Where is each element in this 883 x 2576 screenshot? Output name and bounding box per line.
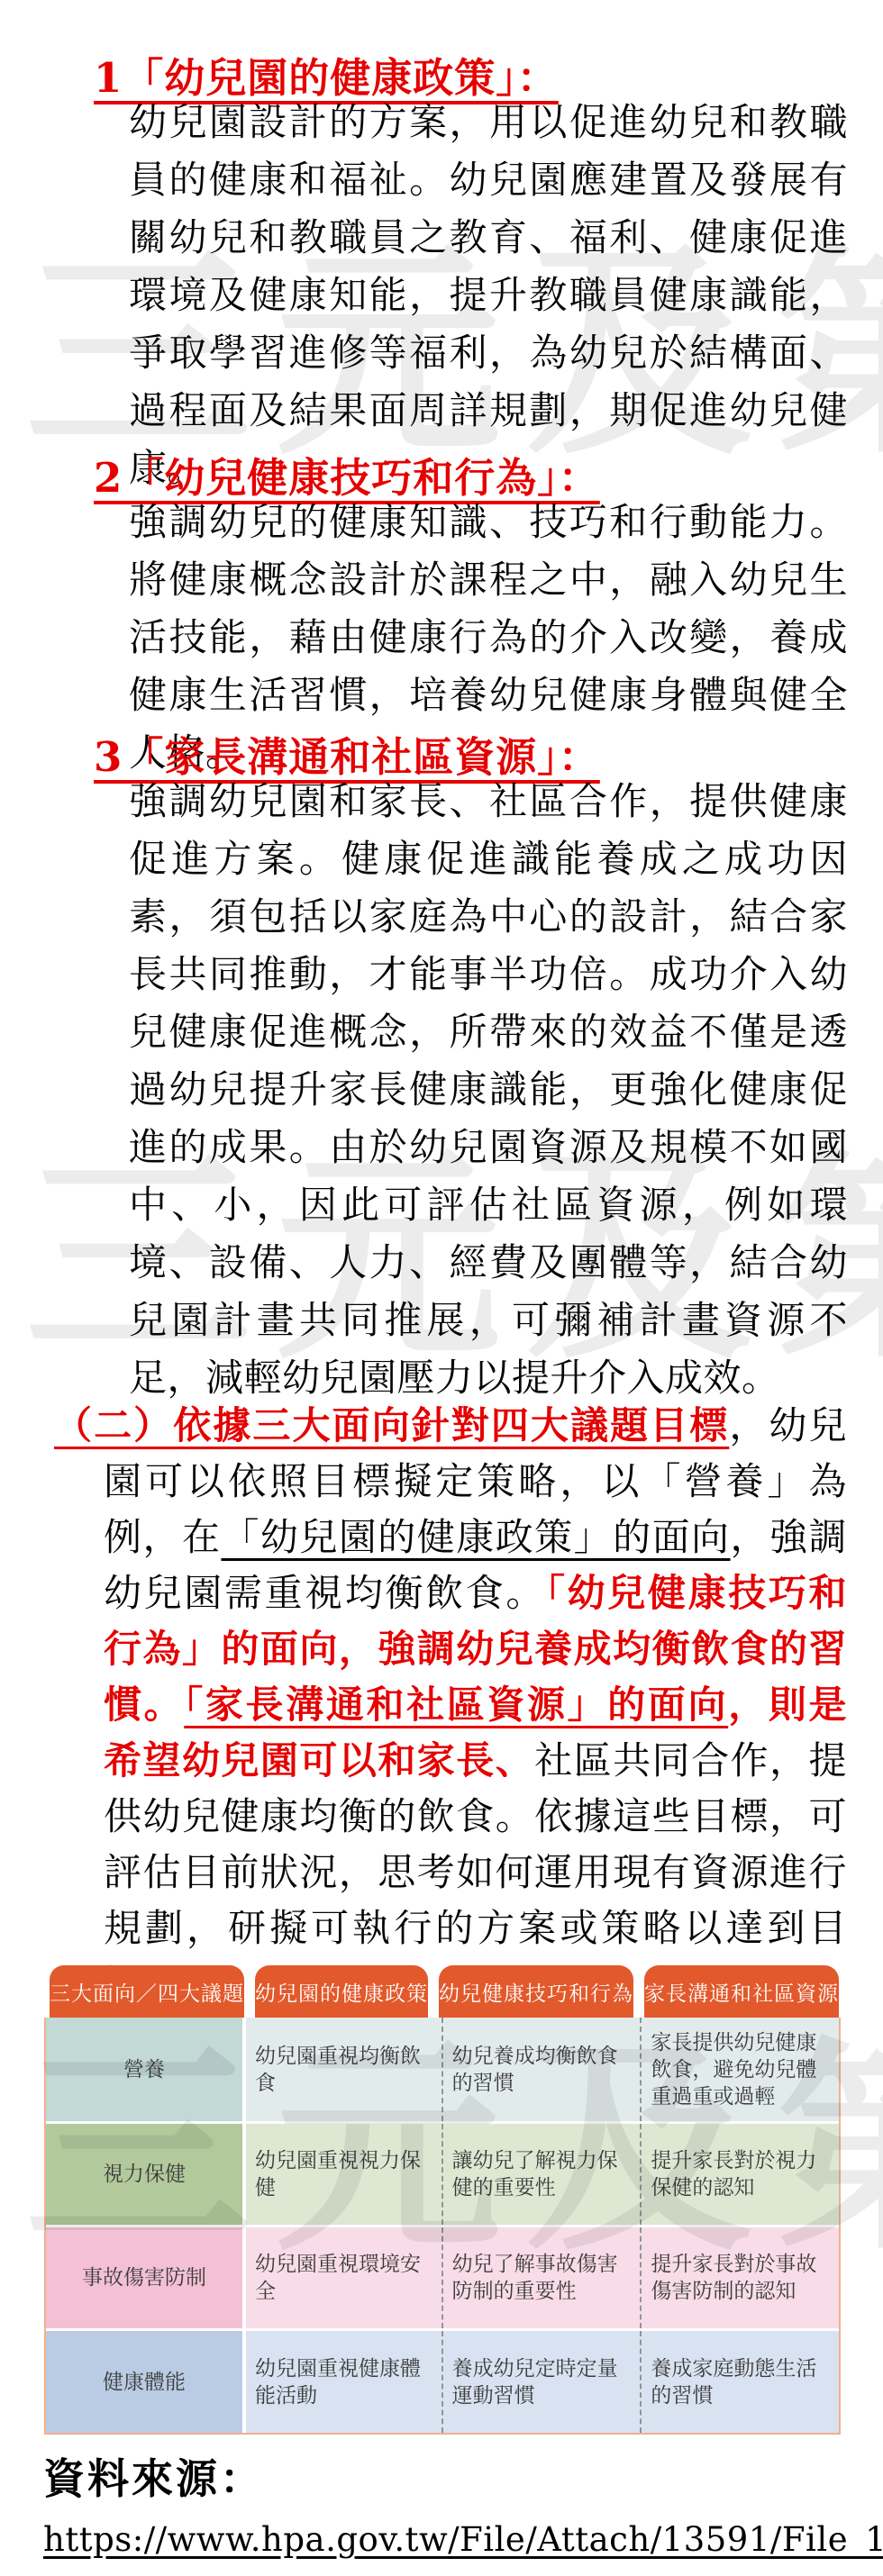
topics-table: 三大面向／四大議題 幼兒園的健康政策 幼兒健康技巧和行為 家長溝通和社區資源 營… [44, 1965, 841, 2435]
table-cell: 養成家庭動態生活的習慣 [640, 2331, 839, 2433]
mixed-paragraph: （二）依據三大面向針對四大議題目標，幼兒園可以依照目標擬定策略，以「營養」為例，… [54, 1398, 847, 2012]
table-header-row: 三大面向／四大議題 幼兒園的健康政策 幼兒健康技巧和行為 家長溝通和社區資源 [44, 1965, 841, 2018]
table-header-cell: 三大面向／四大議題 [50, 1965, 244, 2018]
table-cell: 幼兒養成均衡飲食的習慣 [441, 2018, 641, 2121]
paragraph-segment: 「家長溝通和社區資源」的面向 [184, 1683, 728, 1727]
table-body: 營養 幼兒園重視均衡飲食 幼兒養成均衡飲食的習慣 家長提供幼兒健康飲食，避免幼兒… [44, 2018, 841, 2435]
source-label: 資料來源： [43, 2446, 264, 2506]
table-cell: 提升家長對於事故傷害防制的認知 [640, 2227, 839, 2328]
paragraph-segment: 「幼兒園的健康政策」的面向 [221, 1515, 730, 1559]
source-link[interactable]: https://www.hpa.gov.tw/File/Attach/13591… [43, 2520, 883, 2559]
paragraph-segment: （二）依據三大面向針對四大議題目標 [54, 1403, 729, 1447]
table-cell: 幼兒了解事故傷害防制的重要性 [441, 2227, 641, 2328]
table-row: 營養 幼兒園重視均衡飲食 幼兒養成均衡飲食的習慣 家長提供幼兒健康飲食，避免幼兒… [46, 2018, 839, 2121]
table-header-cell: 家長溝通和社區資源 [644, 1965, 839, 2018]
section-1-body: 幼兒園設計的方案，用以促進幼兒和教職員的健康和福祉。幼兒園應建置及發展有關幼兒和… [129, 94, 848, 497]
table-cell: 提升家長對於視力保健的認知 [640, 2124, 839, 2225]
row-label-cell: 事故傷害防制 [46, 2227, 242, 2328]
row-label-cell: 營養 [46, 2018, 242, 2121]
row-label-cell: 視力保健 [46, 2124, 242, 2225]
section-3-body: 強調幼兒園和家長、社區合作，提供健康促進方案。健康促進識能養成之成功因素，須包括… [129, 773, 848, 1407]
table-cell: 幼兒園重視健康體能活動 [242, 2331, 441, 2433]
table-cell: 讓幼兒了解視力保健的重要性 [441, 2124, 641, 2225]
table-cell: 幼兒園重視均衡飲食 [242, 2018, 441, 2121]
table-cell: 幼兒園重視環境安全 [242, 2227, 441, 2328]
table-header-cell: 幼兒園的健康政策 [255, 1965, 428, 2018]
table-row: 健康體能 幼兒園重視健康體能活動 養成幼兒定時定量運動習慣 養成家庭動態生活的習… [46, 2328, 839, 2433]
document-page: 三元及第 三元及第 三元及第 1「幼兒園的健康政策」： 幼兒園設計的方案，用以促… [0, 0, 883, 2576]
table-header-cell: 幼兒健康技巧和行為 [439, 1965, 633, 2018]
table-row: 事故傷害防制 幼兒園重視環境安全 幼兒了解事故傷害防制的重要性 提升家長對於事故… [46, 2225, 839, 2328]
table-row: 視力保健 幼兒園重視視力保健 讓幼兒了解視力保健的重要性 提升家長對於視力保健的… [46, 2121, 839, 2225]
row-label-cell: 健康體能 [46, 2331, 242, 2433]
table-cell: 家長提供幼兒健康飲食，避免幼兒體重過重或過輕 [640, 2018, 839, 2121]
table-cell: 幼兒園重視視力保健 [242, 2124, 441, 2225]
table-cell: 養成幼兒定時定量運動習慣 [441, 2331, 641, 2433]
